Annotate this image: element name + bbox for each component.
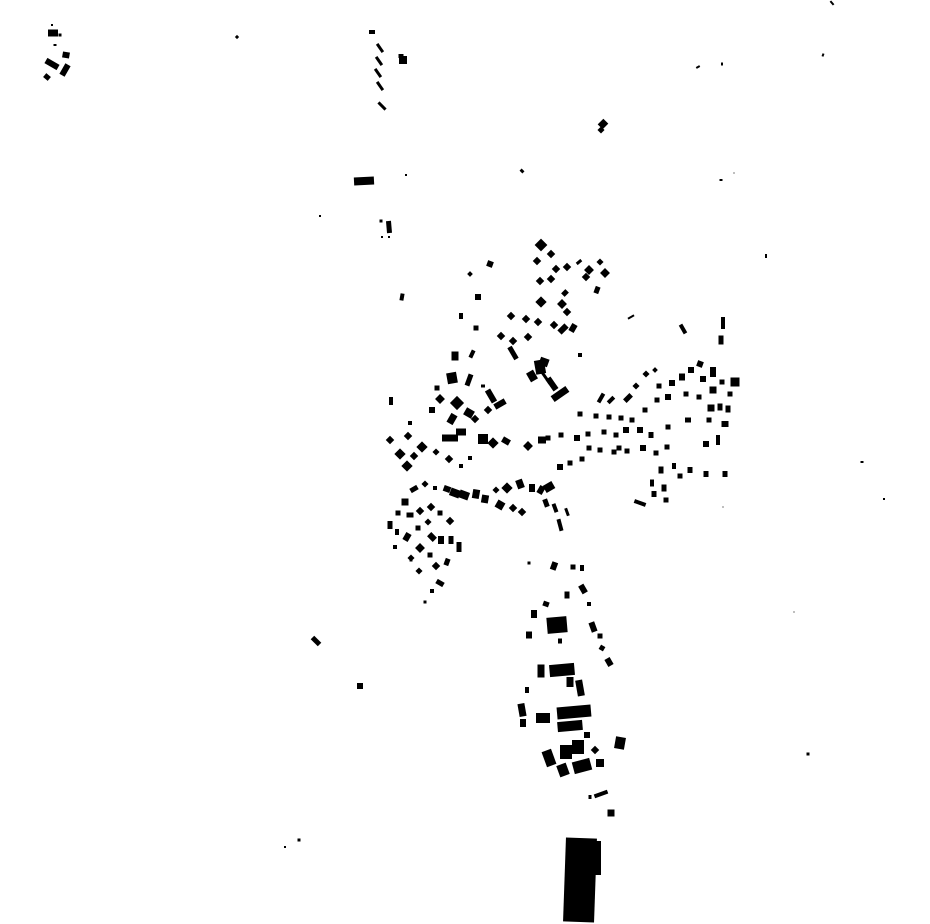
building-footprint (659, 467, 664, 474)
building-footprint (442, 435, 458, 442)
building-footprint (614, 736, 626, 750)
building-footprint (708, 405, 715, 412)
building-footprint (649, 432, 654, 438)
building-footprint (630, 418, 635, 423)
building-footprint (721, 317, 725, 329)
building-footprint (607, 415, 612, 420)
building-footprint (435, 386, 440, 391)
building-footprint (619, 416, 624, 421)
building-footprint (557, 464, 563, 470)
building-footprint (48, 30, 58, 37)
building-footprint (707, 418, 712, 423)
building-footprint (393, 545, 397, 549)
building-footprint (589, 795, 592, 799)
building-footprint (51, 24, 53, 26)
building-footprint (399, 54, 404, 58)
building-footprint (584, 732, 590, 738)
building-footprint (640, 445, 646, 451)
building-footprint (665, 445, 670, 450)
building-footprint (719, 336, 724, 345)
building-footprint (700, 376, 706, 382)
building-footprint (386, 221, 392, 233)
building-footprint (538, 665, 545, 678)
building-footprint (679, 374, 685, 381)
building-footprint (457, 542, 462, 552)
building-footprint (688, 367, 694, 373)
building-footprint (284, 846, 286, 848)
building-footprint (580, 565, 584, 571)
building-footprint (678, 474, 683, 479)
building-footprint (520, 719, 526, 727)
building-footprint (594, 414, 599, 419)
building-footprint (381, 236, 383, 238)
building-footprint (560, 745, 572, 759)
building-footprint (652, 491, 657, 497)
building-footprint (685, 418, 691, 423)
building-footprint (723, 507, 724, 508)
building-footprint (396, 511, 401, 516)
building-footprint (438, 536, 444, 544)
building-footprint (568, 461, 573, 466)
building-footprint (481, 385, 485, 388)
building-footprint (807, 753, 810, 756)
building-footprint (637, 427, 643, 433)
building-footprint (710, 367, 716, 377)
building-footprint (578, 353, 582, 357)
building-footprint (529, 484, 535, 492)
building-footprint (549, 663, 575, 677)
building-footprint (531, 610, 537, 618)
building-footprint (430, 589, 434, 593)
building-footprint (388, 236, 390, 238)
building-footprint (559, 433, 564, 438)
building-footprint (402, 499, 409, 506)
building-footprint (669, 380, 675, 386)
building-footprint (574, 435, 580, 441)
building-footprint (429, 407, 435, 413)
building-footprint (765, 254, 767, 258)
building-footprint (558, 639, 562, 644)
building-footprint (650, 480, 654, 487)
building-footprint (357, 683, 363, 689)
building-footprint (408, 421, 412, 425)
building-footprint (407, 513, 414, 518)
building-footprint (710, 387, 717, 394)
building-footprint (794, 612, 795, 613)
building-footprint (684, 392, 689, 397)
building-footprint (625, 449, 630, 454)
building-footprint (704, 471, 709, 477)
building-footprint (459, 313, 463, 319)
building-footprint (565, 592, 570, 599)
building-footprint (62, 51, 70, 58)
building-footprint (319, 215, 321, 217)
building-footprint (587, 602, 591, 606)
building-footprint (718, 404, 723, 411)
building-footprint (388, 521, 393, 529)
building-footprint (731, 378, 740, 387)
building-footprint (861, 461, 864, 463)
building-footprint (571, 565, 576, 570)
building-footprint (395, 529, 399, 535)
building-footprint (298, 839, 301, 842)
map-background (0, 0, 930, 924)
building-footprint (438, 511, 443, 516)
building-footprint (474, 326, 479, 331)
building-footprint (536, 713, 550, 723)
building-footprint (528, 562, 531, 565)
building-footprint (721, 63, 723, 66)
building-footprint (354, 176, 374, 185)
building-footprint (720, 179, 723, 181)
building-footprint (424, 601, 427, 604)
building-footprint (525, 687, 529, 693)
building-footprint (602, 430, 607, 435)
building-footprint (723, 471, 728, 477)
building-footprint (563, 837, 597, 922)
building-footprint (608, 810, 615, 817)
building-footprint (598, 448, 603, 453)
building-footprint (655, 398, 660, 403)
building-footprint (623, 427, 629, 433)
building-footprint (428, 553, 433, 558)
building-footprint (572, 740, 584, 754)
building-footprint (654, 451, 659, 456)
building-footprint (716, 435, 720, 445)
building-footprint (389, 397, 393, 405)
building-footprint (728, 392, 733, 397)
building-footprint (614, 433, 619, 438)
building-footprint (722, 421, 729, 427)
building-footprint (578, 412, 583, 417)
building-footprint (410, 559, 413, 562)
building-footprint (433, 486, 437, 490)
building-footprint (405, 174, 407, 176)
building-footprint (662, 485, 667, 492)
building-footprint (380, 220, 383, 223)
building-footprint (617, 446, 622, 451)
building-footprint (468, 456, 472, 460)
building-footprint (672, 463, 676, 469)
building-footprint (456, 429, 466, 436)
building-footprint (580, 457, 585, 462)
building-footprint (526, 632, 532, 639)
building-footprint (643, 408, 648, 413)
building-footprint (475, 294, 481, 300)
building-footprint (734, 173, 735, 174)
building-footprint (587, 446, 592, 451)
building-footprint (688, 467, 693, 473)
building-footprint (538, 437, 546, 444)
figure-ground-map[interactable] (0, 0, 930, 924)
building-footprint (446, 372, 458, 385)
building-footprint (593, 841, 601, 875)
building-footprint (598, 634, 603, 639)
building-footprint (59, 34, 62, 37)
building-footprint (666, 425, 671, 430)
building-footprint (452, 352, 459, 361)
building-footprint (546, 616, 567, 634)
building-footprint (416, 526, 421, 531)
building-footprint (459, 464, 463, 468)
building-footprint (481, 494, 489, 503)
building-footprint (726, 406, 731, 413)
building-footprint (567, 677, 574, 687)
building-footprint (54, 44, 57, 46)
building-footprint (478, 434, 488, 444)
building-footprint (697, 395, 702, 400)
building-footprint (664, 498, 669, 503)
building-footprint (449, 536, 454, 544)
building-footprint (586, 432, 591, 437)
building-footprint (612, 450, 617, 455)
building-footprint (657, 384, 662, 389)
building-footprint (720, 380, 725, 385)
building-footprint (369, 30, 375, 34)
building-footprint (665, 394, 671, 400)
building-footprint (546, 436, 551, 441)
building-footprint (703, 441, 709, 447)
building-footprint (596, 759, 604, 767)
building-footprint (883, 498, 885, 500)
